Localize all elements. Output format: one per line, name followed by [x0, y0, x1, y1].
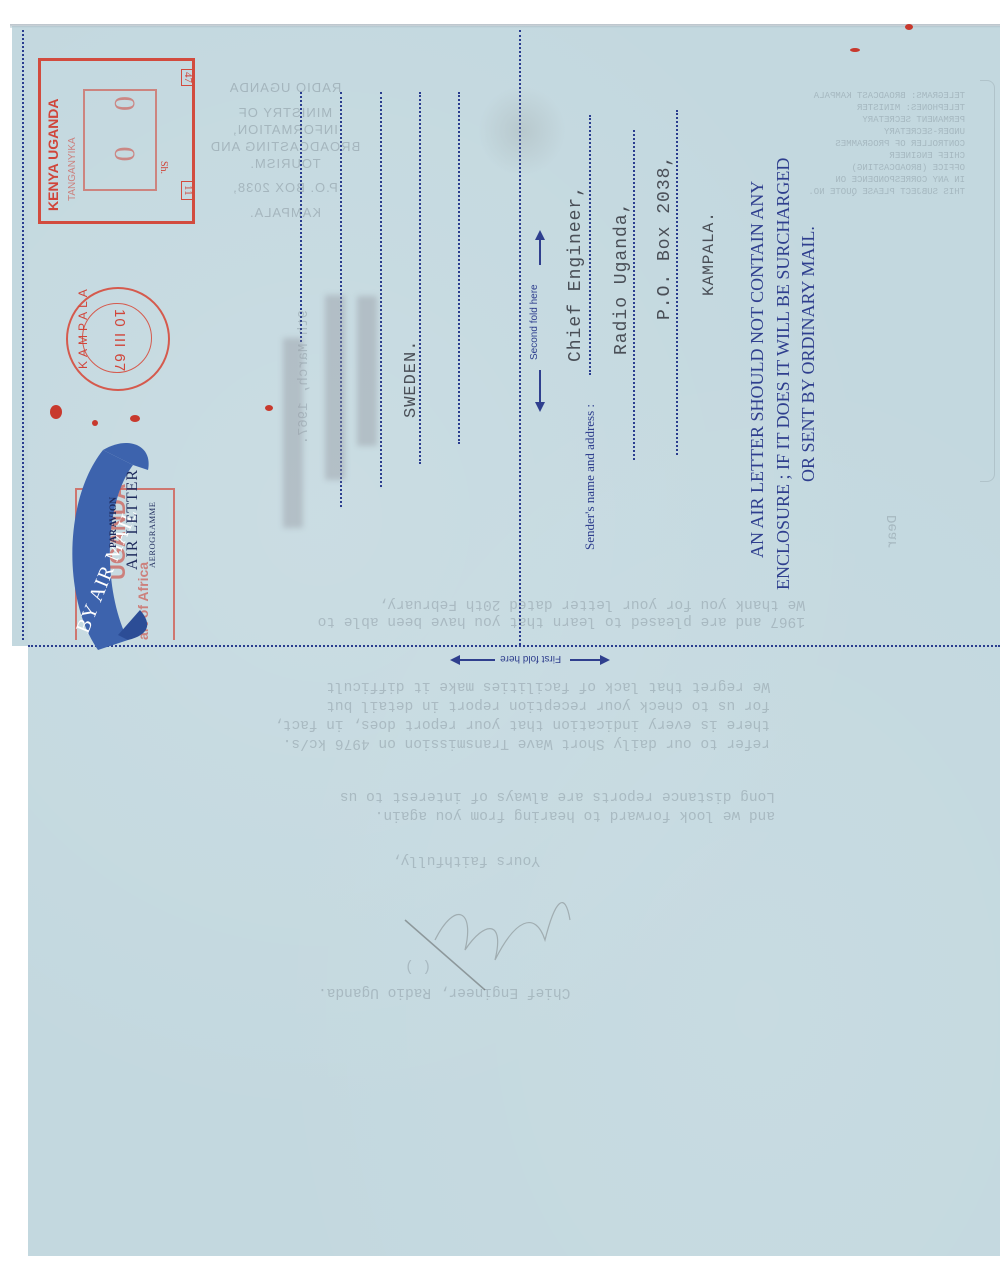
ghost-line: KAMPALA. [195, 205, 375, 222]
ink-spot [92, 420, 98, 426]
signature-ghost [395, 880, 595, 1000]
torn-edge [10, 24, 1000, 28]
arrow-right-icon [600, 655, 610, 665]
sender-line-4: KAMPALA. [700, 211, 718, 296]
ghost-line: MINISTRY OF INFORMATION, [195, 105, 375, 139]
warning-line-2: ENCLOSURE ; IF IT DOES IT WILL BE SURCHA… [773, 158, 794, 590]
ghost-line: TELEPHONES: MINISTER [785, 102, 965, 114]
ink-spot [850, 48, 860, 52]
ghost-body-block: 1967 and are pleased to learn that you h… [205, 595, 805, 629]
arrow-shaft [539, 370, 541, 405]
ghost-line: UNDER-SECRETARY [785, 126, 965, 138]
ghost-line: and we look forward to hearing from you … [215, 805, 775, 824]
ghost-line: P.O. BOX 2038, [195, 180, 375, 197]
postmark-city: KAMPALA [76, 285, 90, 369]
card-outline-ghost [980, 80, 995, 482]
ghost-salutation: Dear [885, 515, 901, 549]
redacted-address-line [283, 338, 303, 528]
meter-country: KENYA UGANDA [45, 98, 61, 211]
sender-label: Sender's name and address : [582, 404, 598, 550]
warning-line-3: OR SENT BY ORDINARY MAIL. [798, 226, 819, 482]
ghost-line: PERMANENT SECRETARY [785, 114, 965, 126]
arrow-shaft [539, 240, 541, 265]
ghost-line: We thank you for your letter dated 20th … [205, 595, 805, 612]
redacted-address-line [325, 295, 345, 480]
postmark-date: 10 III 67 [111, 309, 128, 372]
ghost-line: there is every indication that your repo… [210, 714, 770, 733]
arrow-left-icon [450, 655, 460, 665]
sender-rule-3 [676, 110, 678, 455]
sender-rule-2 [633, 130, 635, 460]
arrow-down-icon [535, 402, 545, 412]
ghost-line: OFFICE (BROADCASTING) [785, 162, 965, 174]
ghost-body-block-3: and we look forward to hearing from you … [215, 786, 775, 824]
ghost-line: TELEGRAMS: BROADCAST KAMPALA [785, 90, 965, 102]
ghost-letterhead: RADIO UGANDA MINISTRY OF INFORMATION, BR… [195, 80, 375, 222]
ghost-line: for us to check your reception report in… [210, 695, 770, 714]
ghost-line: THIS SUBJECT PLEASE QUOTE NO. [785, 186, 965, 198]
ink-spot [130, 415, 140, 422]
recipient-country: SWEDEN. [402, 340, 421, 418]
ghost-line: IN ANY CORRESPONDENCE ON [785, 174, 965, 186]
ink-spot [905, 24, 913, 30]
first-fold-label: First fold here [500, 653, 561, 664]
address-rule-3 [380, 92, 382, 487]
sender-line-1: Chief Engineer, [566, 185, 586, 362]
ghost-line: 1967 and are pleased to learn that you h… [205, 612, 805, 629]
second-fold-label: Second fold here [529, 284, 540, 360]
meter-number-top: 47 [181, 69, 195, 86]
ghost-line: Long distance reports are always of inte… [215, 786, 775, 805]
aerogramme-label: AEROGRAMME [147, 502, 157, 568]
air-letter-label: AIR LETTER [124, 469, 142, 570]
address-rule-5 [458, 92, 460, 444]
redacted-address-line [357, 296, 377, 446]
ghost-line: CONTROLLER OF PROGRAMMES [785, 138, 965, 150]
sender-rule-1 [589, 115, 591, 375]
coat-of-arms-ghost [478, 86, 566, 176]
meter-number-bottom: 11 [181, 181, 195, 200]
meter-value: 0 0 [107, 96, 141, 176]
ghost-closing: Yours faithfully, [392, 852, 540, 868]
first-fold-indicator: First fold here [450, 655, 610, 667]
sender-line-3: P.O. Box 2038, [655, 155, 675, 320]
ghost-line: CHIEF ENGINEER [785, 150, 965, 162]
meter-stamp: KENYA UGANDA TANGANYIKA 0 0 Sh. 47 11 [38, 58, 195, 224]
arrow-shaft [460, 659, 495, 661]
address-rule-1 [22, 30, 24, 640]
par-avion-label: PAR AVION [109, 497, 119, 548]
arrow-shaft [570, 659, 600, 661]
meter-sub: TANGANYIKA [67, 137, 78, 201]
meter-currency: Sh. [158, 161, 169, 174]
second-fold-indicator: Second fold here [535, 230, 547, 415]
ink-spot [50, 405, 62, 419]
postmark: KAMPALA 10 III 67 [66, 287, 170, 391]
arrow-up-icon [535, 230, 545, 240]
sender-line-2: Radio Uganda, [612, 202, 632, 355]
ghost-line: RADIO UGANDA [195, 80, 375, 97]
warning-line-1: AN AIR LETTER SHOULD NOT CONTAIN ANY [747, 181, 768, 558]
ink-spot [265, 405, 273, 411]
ghost-right-header: TELEGRAMS: BROADCAST KAMPALA TELEPHONES:… [785, 90, 965, 198]
ghost-line: BROADCASTING AND TOURISM. [195, 139, 375, 173]
ghost-body-block-2: refer to our daily Short Wave Transmissi… [210, 676, 770, 752]
ghost-line: We regret that lack of facilities make i… [210, 676, 770, 695]
ghost-line: refer to our daily Short Wave Transmissi… [210, 733, 770, 752]
